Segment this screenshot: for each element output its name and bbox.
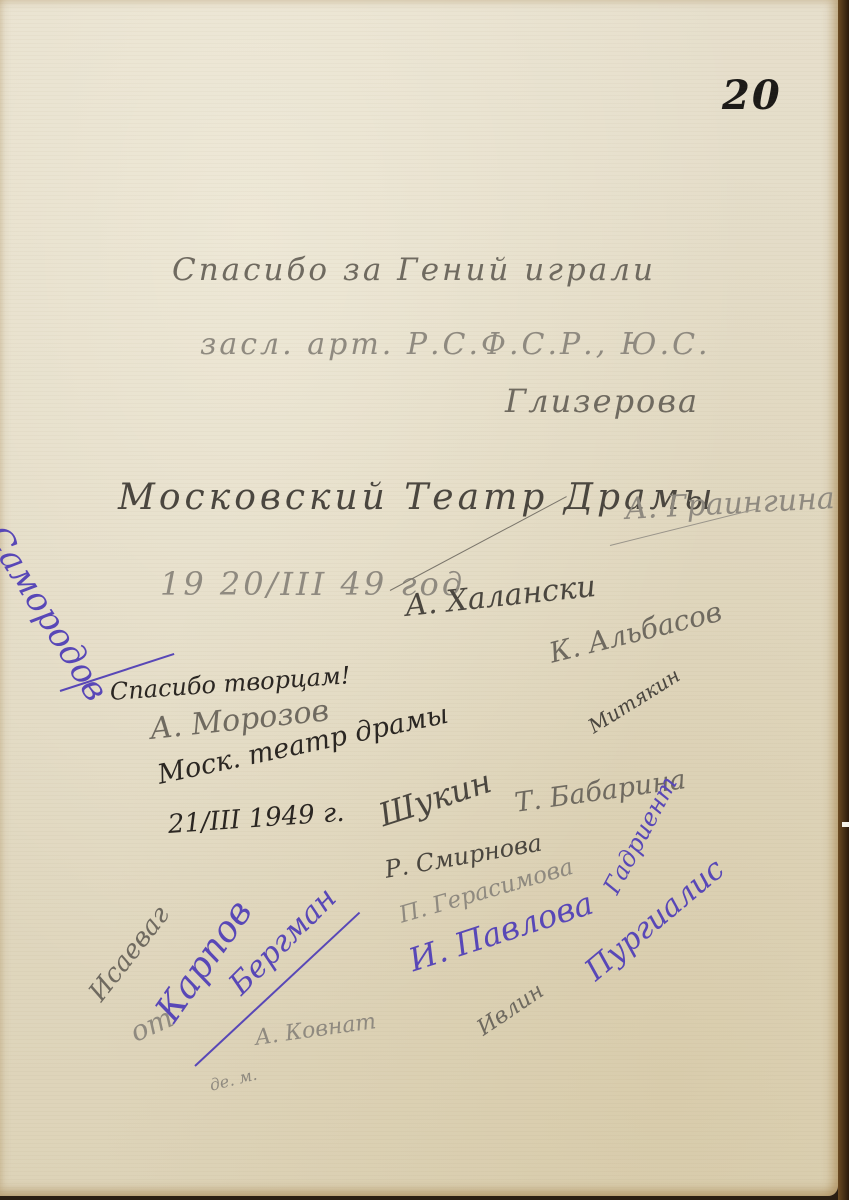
book-spine-edge [838,0,849,1200]
signature-kovnat: А. Ковнат [253,1011,377,1050]
signature-ivlin: Ивлин [474,980,548,1040]
guestbook-page: 20 Спасибо за Гений играли засл. арт. Р.… [0,0,838,1196]
signature-k-albasov: К. Альбасов [547,598,725,668]
signature-shukin: Шукин [375,765,495,831]
signature-ahrainina: А. Граингина [624,484,835,525]
date-1949: 21/III 1949 г. [167,800,345,838]
thanks-signature: Глизерова [505,385,699,417]
thanks-line-1: Спасибо за Гений играли [172,255,656,286]
page-number: 20 [722,72,782,119]
thanks-line-2: засл. арт. Р.С.Ф.С.Р., Ю.С. [200,330,711,360]
page-tab-marker [842,822,849,827]
signature-mityakin: Митякин [585,665,683,737]
signature-de-m: де. м. [208,1067,259,1094]
